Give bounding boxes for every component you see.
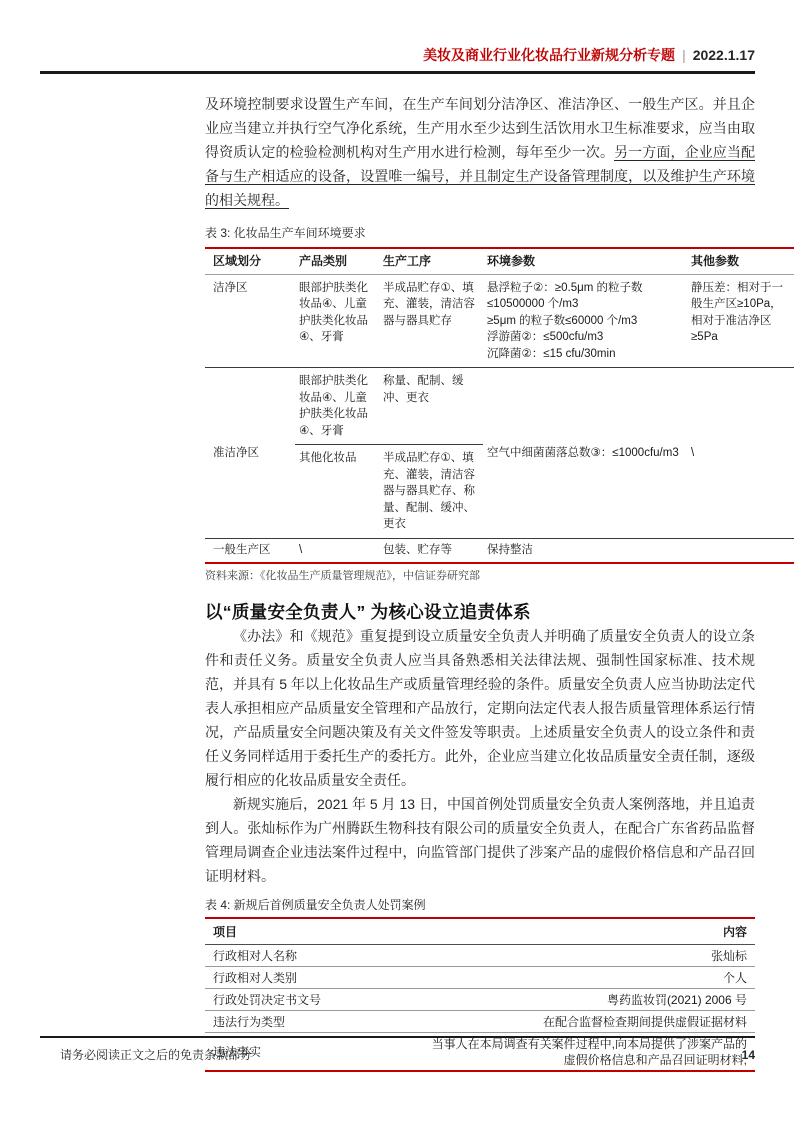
table3-row-general-zone: 一般生产区 \ 包装、贮存等 保持整洁 bbox=[205, 538, 794, 563]
cell-item: 行政处罚决定书文号 bbox=[205, 989, 421, 1011]
table3-workshop-environment: 区域划分 产品类别 生产工序 环境参数 其他参数 洁净区 眼部护肤类化妆品④、儿… bbox=[205, 247, 794, 564]
cell-region: 一般生产区 bbox=[205, 538, 295, 563]
table4-row: 行政处罚决定书文号 粤药监妆罚(2021) 2006 号 bbox=[205, 989, 755, 1011]
report-date: 2022.1.17 bbox=[693, 47, 755, 63]
cell-content: 个人 bbox=[421, 967, 755, 989]
table3-row-clean-zone: 洁净区 眼部护肤类化妆品④、儿童护肤类化妆品④、牙膏 半成品贮存①、填充、灌装，… bbox=[205, 274, 794, 368]
table4-row: 违法行为类型 在配合监督检查期间提供虚假证据材料 bbox=[205, 1011, 755, 1033]
env-line: 浮游菌②：≤500cfu/m3 bbox=[487, 329, 679, 346]
table3-header-region: 区域划分 bbox=[205, 248, 295, 274]
page-footer: 请务必阅读正文之后的免责条款部分 14 bbox=[60, 1046, 755, 1063]
cell-other-params: \ bbox=[687, 368, 794, 539]
env-line: 悬浮粒子②：≥0.5μm 的粒子数≤10500000 个/m3 bbox=[487, 280, 679, 313]
report-topic-title: 美妆及商业行业化妆品行业新规分析专题 bbox=[423, 47, 675, 63]
cell-item: 违法行为类型 bbox=[205, 1011, 421, 1033]
page-header: 美妆及商业行业化妆品行业新规分析专题|2022.1.17 bbox=[205, 45, 755, 65]
cell-products: 眼部护肤类化妆品④、儿童护肤类化妆品④、牙膏 bbox=[295, 274, 379, 368]
table3-header-process: 生产工序 bbox=[379, 248, 483, 274]
table4-header-item: 项目 bbox=[205, 918, 421, 945]
table4-row: 行政相对人名称 张灿标 bbox=[205, 945, 755, 967]
env-line: ≥5μm 的粒子数≤60000 个/m3 bbox=[487, 313, 679, 330]
footer-rule bbox=[40, 1036, 755, 1038]
table4-caption: 表 4: 新规后首例质量安全负责人处罚案例 bbox=[205, 896, 755, 913]
page-content: 及环境控制要求设置生产车间，在生产车间划分洁净区、准洁净区、一般生产区。并且企业… bbox=[205, 86, 755, 1072]
table3-header-row: 区域划分 产品类别 生产工序 环境参数 其他参数 bbox=[205, 248, 794, 274]
paragraph-safety-officer: 《办法》和《规范》重复提到设立质量安全负责人并明确了质量安全负责人的设立条件和责… bbox=[205, 624, 755, 792]
cell-other-params bbox=[687, 538, 794, 563]
cell-products: 眼部护肤类化妆品④、儿童护肤类化妆品④、牙膏 bbox=[295, 368, 379, 445]
paragraph-first-penalty-case: 新规实施后，2021 年 5 月 13 日，中国首例处罚质量安全负责人案例落地，… bbox=[205, 792, 755, 888]
table3-row-semi-clean-zone-a: 准洁净区 眼部护肤类化妆品④、儿童护肤类化妆品④、牙膏 称量、配制、缓冲、更衣 … bbox=[205, 368, 794, 445]
env-line: 沉降菌②：≤15 cfu/30min bbox=[487, 346, 679, 363]
table3-caption: 表 3: 化妆品生产车间环境要求 bbox=[205, 224, 755, 241]
cell-item: 行政相对人类别 bbox=[205, 967, 421, 989]
cell-env-params: 保持整洁 bbox=[483, 538, 687, 563]
cell-region: 洁净区 bbox=[205, 274, 295, 368]
table4-header-row: 项目 内容 bbox=[205, 918, 755, 945]
page-number: 14 bbox=[742, 1048, 755, 1062]
cell-env-params: 空气中细菌菌落总数③：≤1000cfu/m3 bbox=[483, 368, 687, 539]
cell-content: 粤药监妆罚(2021) 2006 号 bbox=[421, 989, 755, 1011]
cell-process: 半成品贮存①、填充、灌装，清洁容器与器具贮存、称量、配制、缓冲、更衣 bbox=[379, 445, 483, 539]
header-separator: | bbox=[682, 47, 686, 63]
paragraph-production-environment: 及环境控制要求设置生产车间，在生产车间划分洁净区、准洁净区、一般生产区。并且企业… bbox=[205, 92, 755, 212]
table4-header-content: 内容 bbox=[421, 918, 755, 945]
table3-header-env-params: 环境参数 bbox=[483, 248, 687, 274]
cell-products: \ bbox=[295, 538, 379, 563]
cell-env-params: 悬浮粒子②：≥0.5μm 的粒子数≤10500000 个/m3 ≥5μm 的粒子… bbox=[483, 274, 687, 368]
footer-disclaimer: 请务必阅读正文之后的免责条款部分 bbox=[60, 1046, 252, 1063]
cell-process: 包装、贮存等 bbox=[379, 538, 483, 563]
table3-header-other-params: 其他参数 bbox=[687, 248, 794, 274]
section-heading: 以“质量安全负责人” 为核心设立追责体系 bbox=[205, 599, 755, 624]
cell-process: 称量、配制、缓冲、更衣 bbox=[379, 368, 483, 445]
table3-source-note: 资料来源：《化妆品生产质量管理规范》，中信证券研究部 bbox=[205, 567, 755, 583]
cell-process: 半成品贮存①、填充、灌装，清洁容器与器具贮存 bbox=[379, 274, 483, 368]
table4-row: 行政相对人类别 个人 bbox=[205, 967, 755, 989]
cell-content: 张灿标 bbox=[421, 945, 755, 967]
header-rule bbox=[40, 71, 755, 74]
cell-region: 准洁净区 bbox=[205, 368, 295, 539]
cell-item: 行政相对人名称 bbox=[205, 945, 421, 967]
cell-content: 在配合监督检查期间提供虚假证据材料 bbox=[421, 1011, 755, 1033]
table3-header-product-category: 产品类别 bbox=[295, 248, 379, 274]
cell-products: 其他化妆品 bbox=[295, 445, 379, 539]
cell-other-params: 静压差：相对于一般生产区≥10Pa，相对于准洁净区≥5Pa bbox=[687, 274, 794, 368]
